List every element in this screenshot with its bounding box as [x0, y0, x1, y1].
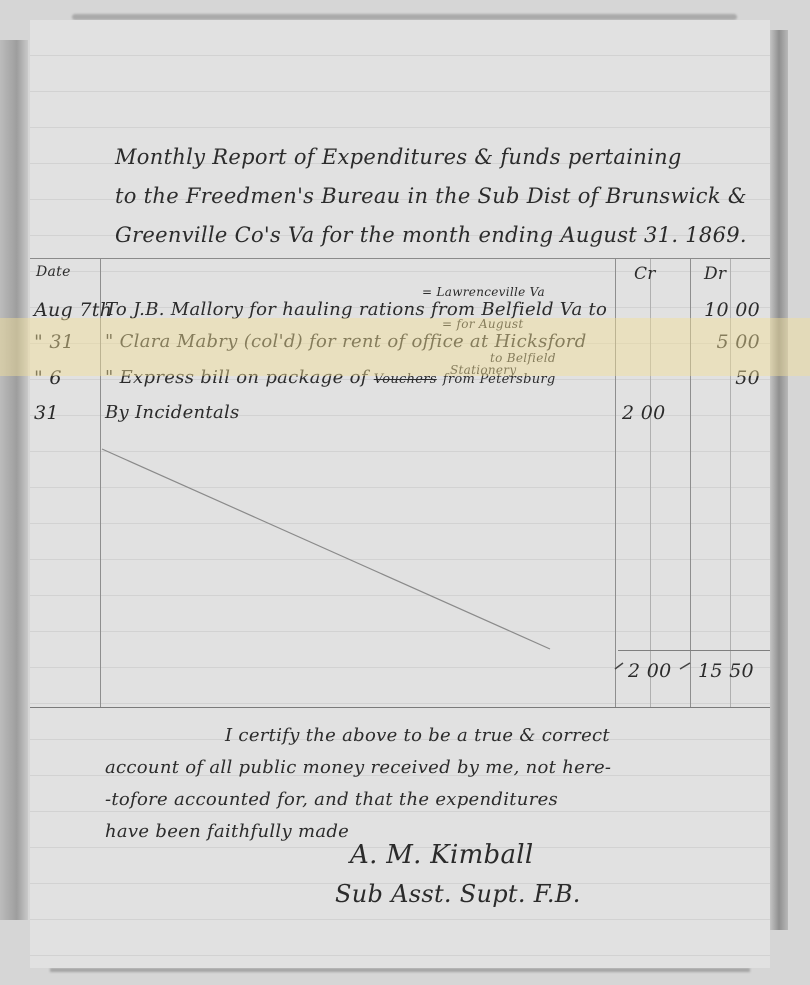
title-line-3: Greenville Co's Va for the month ending … [115, 216, 795, 255]
totals-rule [618, 650, 770, 651]
title-line-2: to the Freedmen's Bureau in the Sub Dist… [115, 177, 795, 216]
report-title: Monthly Report of Expenditures & funds p… [115, 138, 795, 255]
certification-statement: I certify the above to be a true & corre… [105, 720, 795, 848]
cancel-diagonal-line [30, 259, 770, 707]
ledger-table: Date Cr Dr = Lawrenceville Va Aug 7th To… [30, 258, 770, 708]
certification-line: account of all public money received by … [105, 752, 795, 784]
signature-title: Sub Asst. Supt. F.B. [335, 880, 581, 908]
title-line-1: Monthly Report of Expenditures & funds p… [115, 138, 795, 177]
scan-shadow-left [0, 40, 28, 920]
total-debit: 15 50 [698, 660, 754, 682]
page-edge-bottom [50, 968, 750, 972]
certification-line: I certify the above to be a true & corre… [105, 720, 795, 752]
signature-name: A. M. Kimball [350, 840, 534, 870]
ledger-page: Monthly Report of Expenditures & funds p… [30, 20, 770, 968]
total-credit: 2 00 [628, 660, 672, 682]
certification-line: -tofore accounted for, and that the expe… [105, 784, 795, 816]
